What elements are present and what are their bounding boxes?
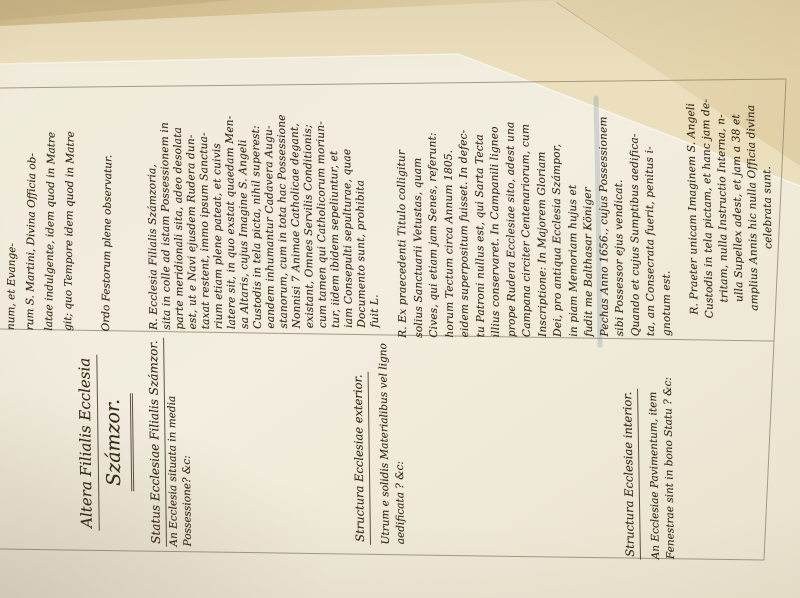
section-3-question-inner: Structura Ecclesiae interior. An Ecclesi… <box>618 344 679 560</box>
section-3-heading: Structura Ecclesiae interior. <box>618 345 641 560</box>
section-1-question: An Ecclesia situata in media Possessione… <box>164 336 195 546</box>
section-2-heading: Structura Ecclesiae exterior. <box>349 340 371 545</box>
section-1-question-inner: Altera Filialis Ecclesia Számzor. Status… <box>73 336 195 548</box>
section-3-answer-text: R. Praeter unicam Imaginem S. Angeli Cus… <box>684 82 778 334</box>
section-1-subheading: Status Ecclesiae Filialis Számzor. <box>144 337 167 547</box>
manuscript-photo: num, et Evange- rum S. Martini, Divina O… <box>0 0 800 598</box>
previous-entry-text: num, et Evange- rum S. Martini, Divina O… <box>2 86 119 332</box>
section-2-question: Utrum e solidis Materialibus vel ligno a… <box>376 339 409 544</box>
section-2-question-inner: Structura Ecclesiae exterior. Utrum e so… <box>349 339 409 545</box>
section-1-heading-line-1: Altera Filialis Ecclesia <box>73 338 100 548</box>
section-1-heading-line-2: Számzor. <box>97 337 135 547</box>
section-3-question: An Ecclesiae Pavimentum, item Fenestrae … <box>645 344 679 559</box>
section-1-answer-text: R. Ecclesia Filialis Számzoria, sita in … <box>145 82 382 330</box>
section-2-answer-text: R. Ex praecedenti Titulo colligitur soli… <box>394 80 675 338</box>
